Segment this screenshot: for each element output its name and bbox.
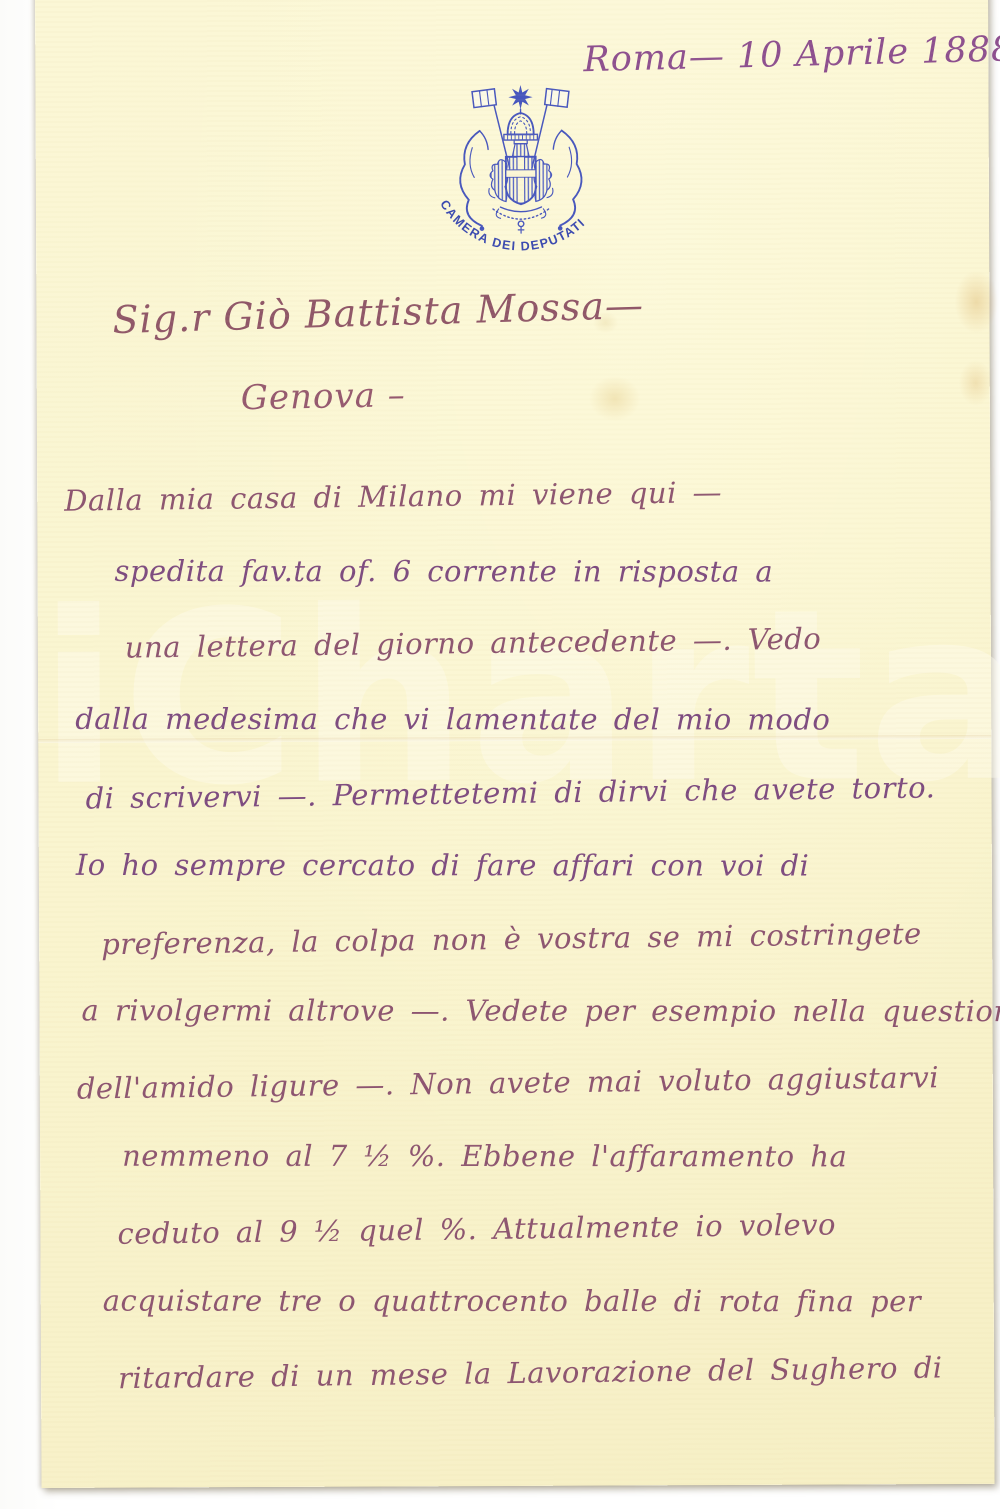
stamp-motto: CAMERA DEI DEPUTATI	[437, 197, 588, 254]
crown-icon	[504, 113, 538, 157]
collar-chain-icon	[493, 207, 549, 233]
flag-right-icon	[532, 89, 570, 168]
body-line: acquistare tre o quattrocento balle di r…	[103, 1284, 921, 1319]
body-line: nemmeno al 7 ½ %. Ebbene l'affaramento h…	[122, 1139, 847, 1174]
lion-left-icon	[489, 160, 508, 202]
star-icon	[508, 85, 532, 114]
body-line: Dalla mia casa di Milano mi viene qui —	[64, 475, 722, 518]
body-line: di scrivervi —. Permettetemi di dirvi ch…	[85, 770, 935, 815]
body-line: ritardare di un mese la Lavorazione del …	[118, 1350, 943, 1395]
body-line: Io ho sempre cercato di fare affari con …	[76, 848, 809, 883]
body-line: spedita fav.ta of. 6 corrente in rispost…	[115, 554, 774, 589]
savoy-shield-icon	[506, 157, 536, 205]
lion-right-icon	[534, 159, 553, 201]
camera-dei-deputati-stamp-icon: CAMERA DEI DEPUTATI	[425, 81, 616, 269]
letter-paper: iCharta	[35, 0, 995, 1488]
paper-stain	[589, 375, 641, 421]
recipient-line: Sig.r Giò Battista Mossa—	[112, 283, 645, 342]
body-line: ceduto al 9 ½ quel %. Attualmente io vol…	[117, 1207, 836, 1250]
recipient-city-line: Genova –	[240, 375, 406, 418]
body-line: una lettera del giorno antecedente —. Ve…	[125, 622, 822, 665]
dateline: Roma— 10 Aprile 1888.	[583, 29, 1000, 80]
body-line: dell'amido ligure —. Non avete mai volut…	[77, 1060, 940, 1105]
body-line: dalla medesima che vi lamentate del mio …	[75, 702, 830, 737]
body-line: a rivolgermi altrove —. Vedete per esemp…	[81, 993, 1000, 1028]
body-line: preferenza, la colpa non è vostra se mi …	[101, 917, 922, 962]
paper-stain	[959, 360, 993, 406]
flag-left-icon	[472, 89, 510, 168]
